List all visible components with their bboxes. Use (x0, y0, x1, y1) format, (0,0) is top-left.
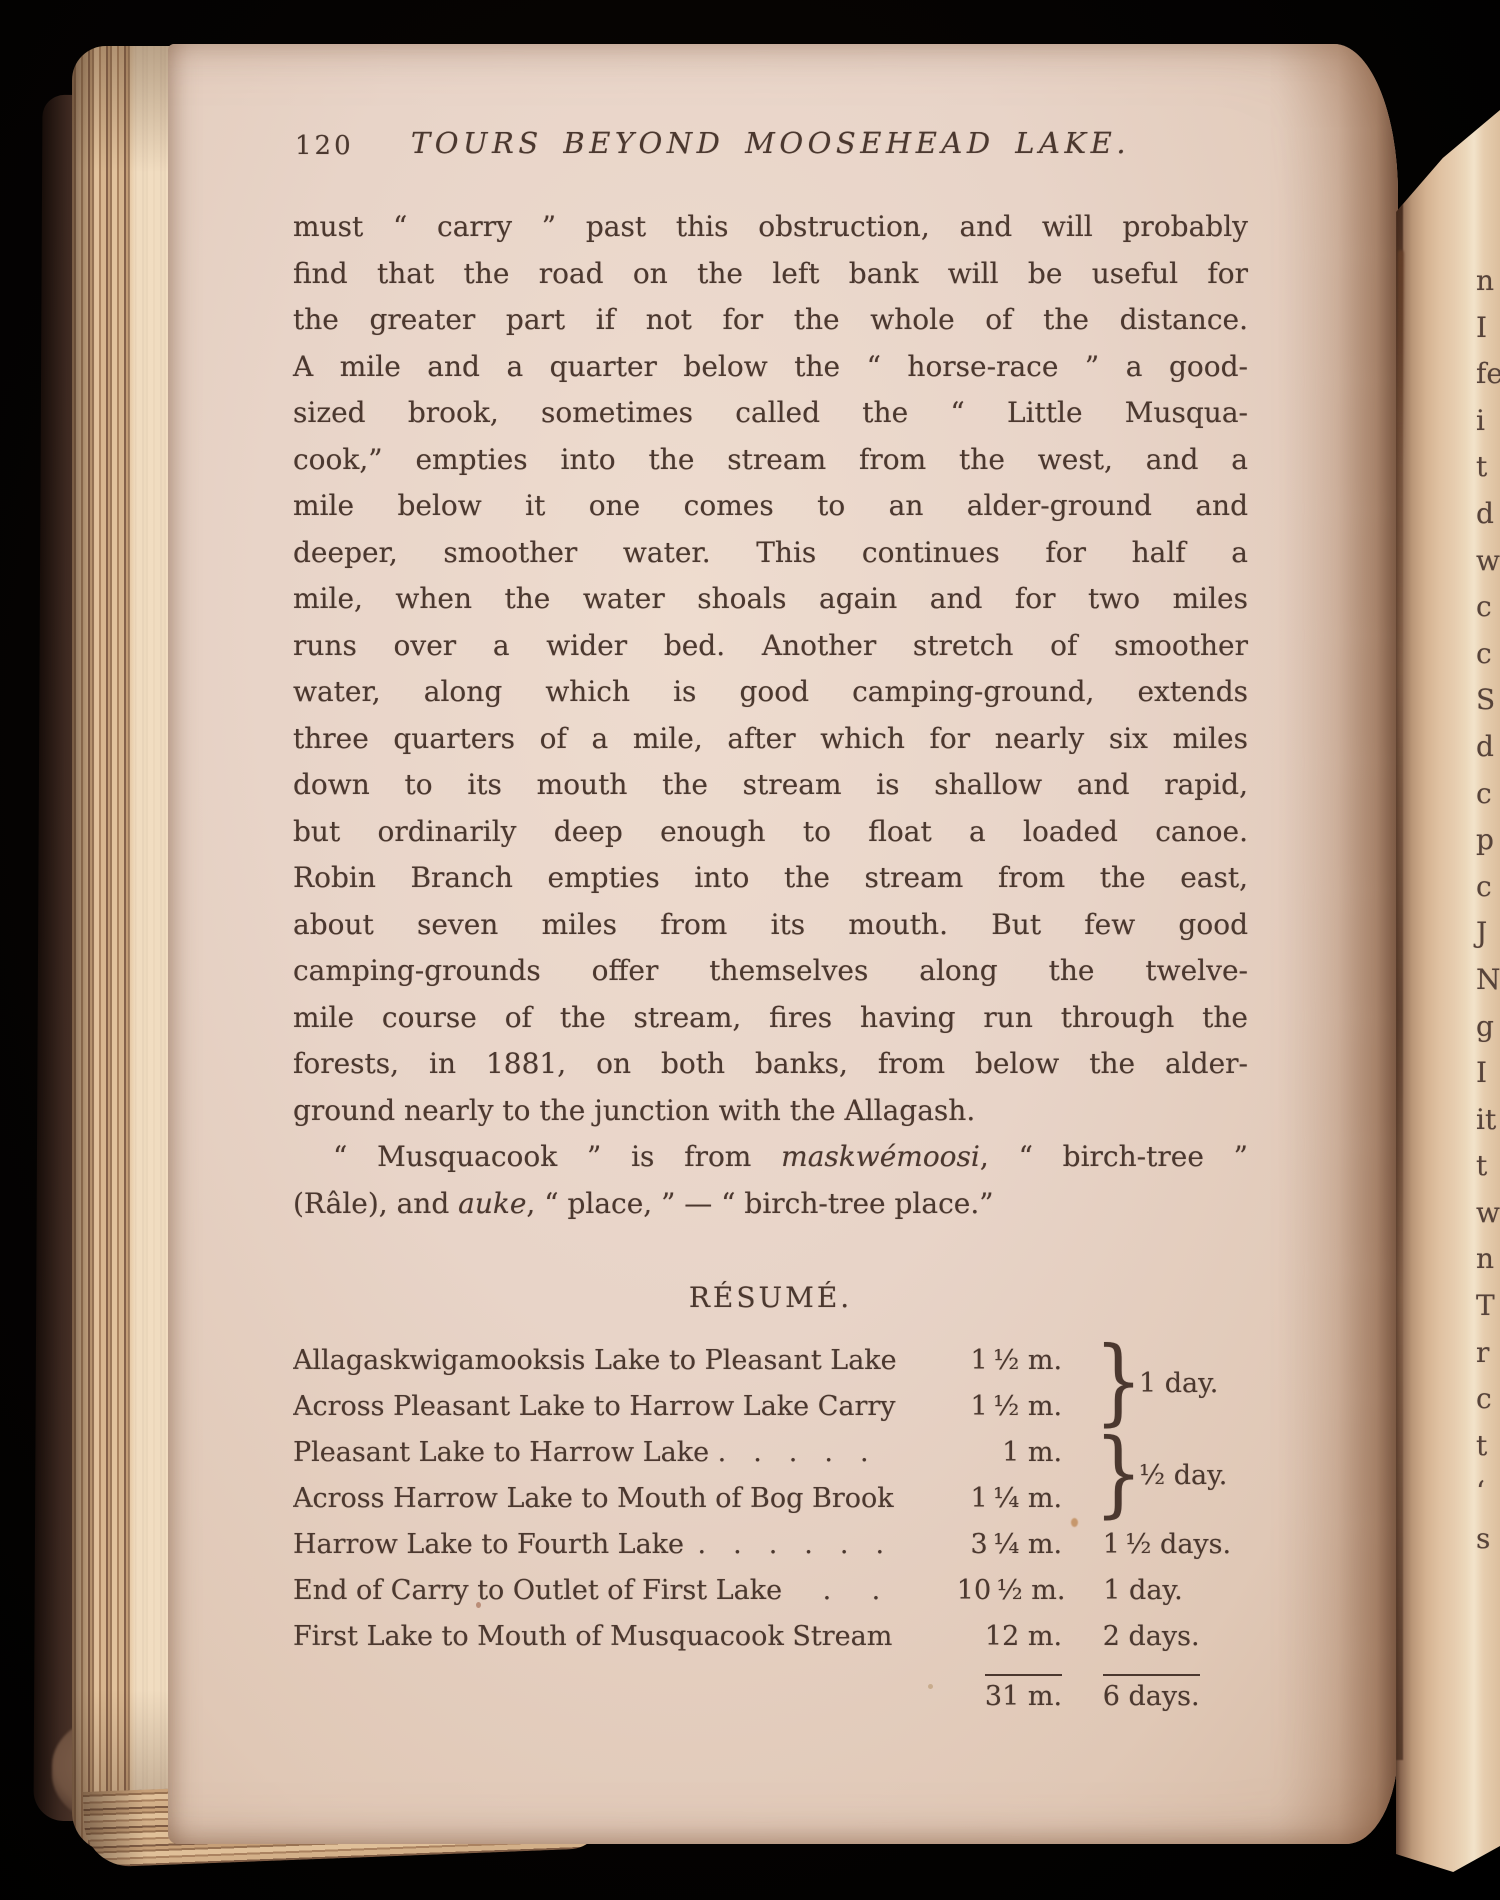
text-run: about seven miles from its mouth. But fe… (293, 908, 1248, 941)
text-column: 120 TOURS BEYOND MOOSEHEAD LAKE. must “ … (293, 126, 1248, 1720)
body-line: A mile and a quarter below the “ horse-r… (293, 344, 1248, 391)
total-days-value: 6 days. (1103, 1674, 1200, 1712)
text-run: (Râle), and (293, 1187, 458, 1220)
fragment-letter: t (1476, 444, 1500, 491)
body-line: mile, when the water shoals again and fo… (293, 576, 1248, 623)
body-line: mile below it one comes to an alder-grou… (293, 483, 1248, 530)
fragment-letter: c (1476, 771, 1500, 818)
body-line: down to its mouth the stream is shallow … (293, 762, 1248, 809)
fragment-letter: p (1476, 817, 1500, 864)
body-line: ground nearly to the junction with the A… (293, 1088, 1248, 1135)
gutter-shadow (1278, 44, 1398, 1844)
page-number: 120 (295, 131, 354, 161)
text-run: runs over a wider bed. Another stretch o… (293, 629, 1248, 662)
body-line: three quarters of a mile, after which fo… (293, 716, 1248, 763)
text-run: water, along which is good camping-groun… (293, 675, 1248, 708)
text-run: ground nearly to the junction with the A… (293, 1094, 975, 1127)
resume-miles: 1 ¼ m. (959, 1476, 1062, 1522)
body-line: sized brook, sometimes called the “ Litt… (293, 390, 1248, 437)
resume-miles: 1 ½ m. (959, 1338, 1062, 1384)
resume-heading: RÉSUMÉ. (293, 1281, 1248, 1314)
text-run: “ Musquacook ” is from (333, 1140, 781, 1173)
fragment-letter: w (1476, 538, 1500, 585)
body-text: must “ carry ” past this obstruction, an… (293, 204, 1248, 1227)
page-header: 120 TOURS BEYOND MOOSEHEAD LAKE. (293, 126, 1248, 162)
resume-table: Allagaskwigamooksis Lake to Pleasant Lak… (293, 1338, 1248, 1720)
totals-row: 31 m.6 days. (293, 1674, 1248, 1720)
fragment-letter: c (1476, 584, 1500, 631)
fragment-letter: S (1476, 677, 1500, 724)
fragment-letter: d (1476, 724, 1500, 771)
resume-row: End of Carry to Outlet of First Lake . .… (293, 1568, 1248, 1614)
text-run: sized brook, sometimes called the “ Litt… (293, 396, 1248, 429)
total-miles: 31 m. (959, 1674, 1062, 1720)
gutter-smudge (1398, 250, 1404, 460)
text-run: the greater part if not for the whole of… (293, 303, 1248, 336)
resume-desc: First Lake to Mouth of Musquacook Stream (293, 1614, 959, 1660)
resume-miles: 3 ¼ m. (959, 1522, 1062, 1568)
resume-desc: Harrow Lake to Fourth Lake . . . . . . (293, 1522, 959, 1568)
resume-miles: 1 m. (959, 1430, 1062, 1476)
resume-miles: 12 m. (959, 1614, 1062, 1660)
resume-row: Harrow Lake to Fourth Lake . . . . . .3 … (293, 1522, 1248, 1568)
fragment-letter: fе (1476, 351, 1500, 398)
body-line: deeper, smoother water. This continues f… (293, 530, 1248, 577)
body-line: about seven miles from its mouth. But fe… (293, 902, 1248, 949)
body-line: the greater part if not for the whole of… (293, 297, 1248, 344)
text-run: must “ carry ” past this obstruction, an… (293, 210, 1248, 243)
fragment-letter: I (1476, 1050, 1500, 1097)
fragment-letter: I (1476, 305, 1500, 352)
text-run: find that the road on the left bank will… (293, 257, 1248, 290)
book-photo: 120 TOURS BEYOND MOOSEHEAD LAKE. must “ … (0, 0, 1500, 1900)
fragment-letter: n (1476, 1236, 1500, 1283)
text-run: three quarters of a mile, after which fo… (293, 722, 1248, 755)
resume-desc: Across Harrow Lake to Mouth of Bog Brook (293, 1476, 959, 1522)
fragment-letter: c (1476, 631, 1500, 678)
facing-page: nIfеitdwccSdcpcJNgIittwnTrct‘s (1396, 0, 1500, 1900)
body-line: Robin Branch empties into the stream fro… (293, 855, 1248, 902)
fragment-letter: ‘ (1476, 1469, 1500, 1516)
fragment-letter: c (1476, 1376, 1500, 1423)
text-run: but ordinarily deep enough to float a lo… (293, 815, 1248, 848)
body-line: cook,” empties into the stream from the … (293, 437, 1248, 484)
brace-days-label: ½ day. (1139, 1453, 1227, 1499)
fragment-letter: c (1476, 864, 1500, 911)
fragment-letter: it (1476, 1097, 1500, 1144)
text-run: camping-grounds offer themselves along t… (293, 954, 1248, 987)
fragment-letter: w (1476, 1190, 1500, 1237)
fragment-letter: d (1476, 491, 1500, 538)
body-line: runs over a wider bed. Another stretch o… (293, 623, 1248, 670)
italic-term: auke (458, 1187, 526, 1220)
brace-icon: } (1095, 1424, 1124, 1524)
resume-miles: 1 ½ m. (959, 1384, 1062, 1430)
resume-days: 1 day. (1103, 1568, 1248, 1614)
text-run: down to its mouth the stream is shallow … (293, 768, 1248, 801)
text-run: mile below it one comes to an alder-grou… (293, 489, 1248, 522)
body-line: find that the road on the left bank will… (293, 251, 1248, 298)
total-miles-value: 31 m. (985, 1674, 1062, 1712)
text-run: A mile and a quarter below the “ horse-r… (293, 350, 1248, 383)
text-run: , “ place, ” — “ birch-tree place.” (526, 1187, 993, 1220)
text-run: deeper, smoother water. This continues f… (293, 536, 1248, 569)
left-page: 120 TOURS BEYOND MOOSEHEAD LAKE. must “ … (168, 44, 1398, 1844)
body-line: must “ carry ” past this obstruction, an… (293, 204, 1248, 251)
italic-term: maskwémoosi (781, 1140, 980, 1173)
fragment-letter: r (1476, 1330, 1500, 1377)
fragment-letter: i (1476, 398, 1500, 445)
fragment-letter: g (1476, 1004, 1500, 1051)
text-run: forests, in 1881, on both banks, from be… (293, 1047, 1248, 1080)
resume-desc: Across Pleasant Lake to Harrow Lake Carr… (293, 1384, 959, 1430)
resume-desc: Allagaskwigamooksis Lake to Pleasant Lak… (293, 1338, 959, 1384)
text-run: cook,” empties into the stream from the … (293, 443, 1248, 476)
brace-icon: } (1095, 1332, 1124, 1432)
facing-page-text-fragments: nIfеitdwccSdcpcJNgIittwnTrct‘s (1476, 258, 1500, 1563)
resume-row: First Lake to Mouth of Musquacook Stream… (293, 1614, 1248, 1660)
text-run: mile course of the stream, fires having … (293, 1001, 1248, 1034)
body-line: camping-grounds offer themselves along t… (293, 948, 1248, 995)
resume-desc: Pleasant Lake to Harrow Lake . . . . . (293, 1430, 959, 1476)
body-line: forests, in 1881, on both banks, from be… (293, 1041, 1248, 1088)
fragment-letter: t (1476, 1423, 1500, 1470)
resume-miles: 10 ½ m. (957, 1568, 1063, 1614)
resume-desc: End of Carry to Outlet of First Lake . . (293, 1568, 957, 1614)
resume-days: 2 days. (1103, 1614, 1248, 1660)
fragment-letter: J (1476, 910, 1500, 957)
fragment-letter: N (1476, 957, 1500, 1004)
body-line: water, along which is good camping-groun… (293, 669, 1248, 716)
fragment-letter: n (1476, 258, 1500, 305)
resume-days: 1 ½ days. (1103, 1522, 1248, 1568)
fragment-letter: T (1476, 1283, 1500, 1330)
body-line: “ Musquacook ” is from maskwémoosi, “ bi… (293, 1134, 1248, 1181)
fragment-letter: t (1476, 1143, 1500, 1190)
total-days: 6 days. (1103, 1674, 1248, 1720)
body-line: but ordinarily deep enough to float a lo… (293, 809, 1248, 856)
running-head: TOURS BEYOND MOOSEHEAD LAKE. (293, 126, 1248, 160)
body-line: (Râle), and auke, “ place, ” — “ birch-t… (293, 1181, 1248, 1228)
fragment-letter: s (1476, 1516, 1500, 1563)
text-run: Robin Branch empties into the stream fro… (293, 861, 1248, 894)
text-run: mile, when the water shoals again and fo… (293, 582, 1248, 615)
body-line: mile course of the stream, fires having … (293, 995, 1248, 1042)
brace-days-label: 1 day. (1139, 1361, 1218, 1407)
text-run: , “ birch-tree ” (980, 1140, 1248, 1173)
